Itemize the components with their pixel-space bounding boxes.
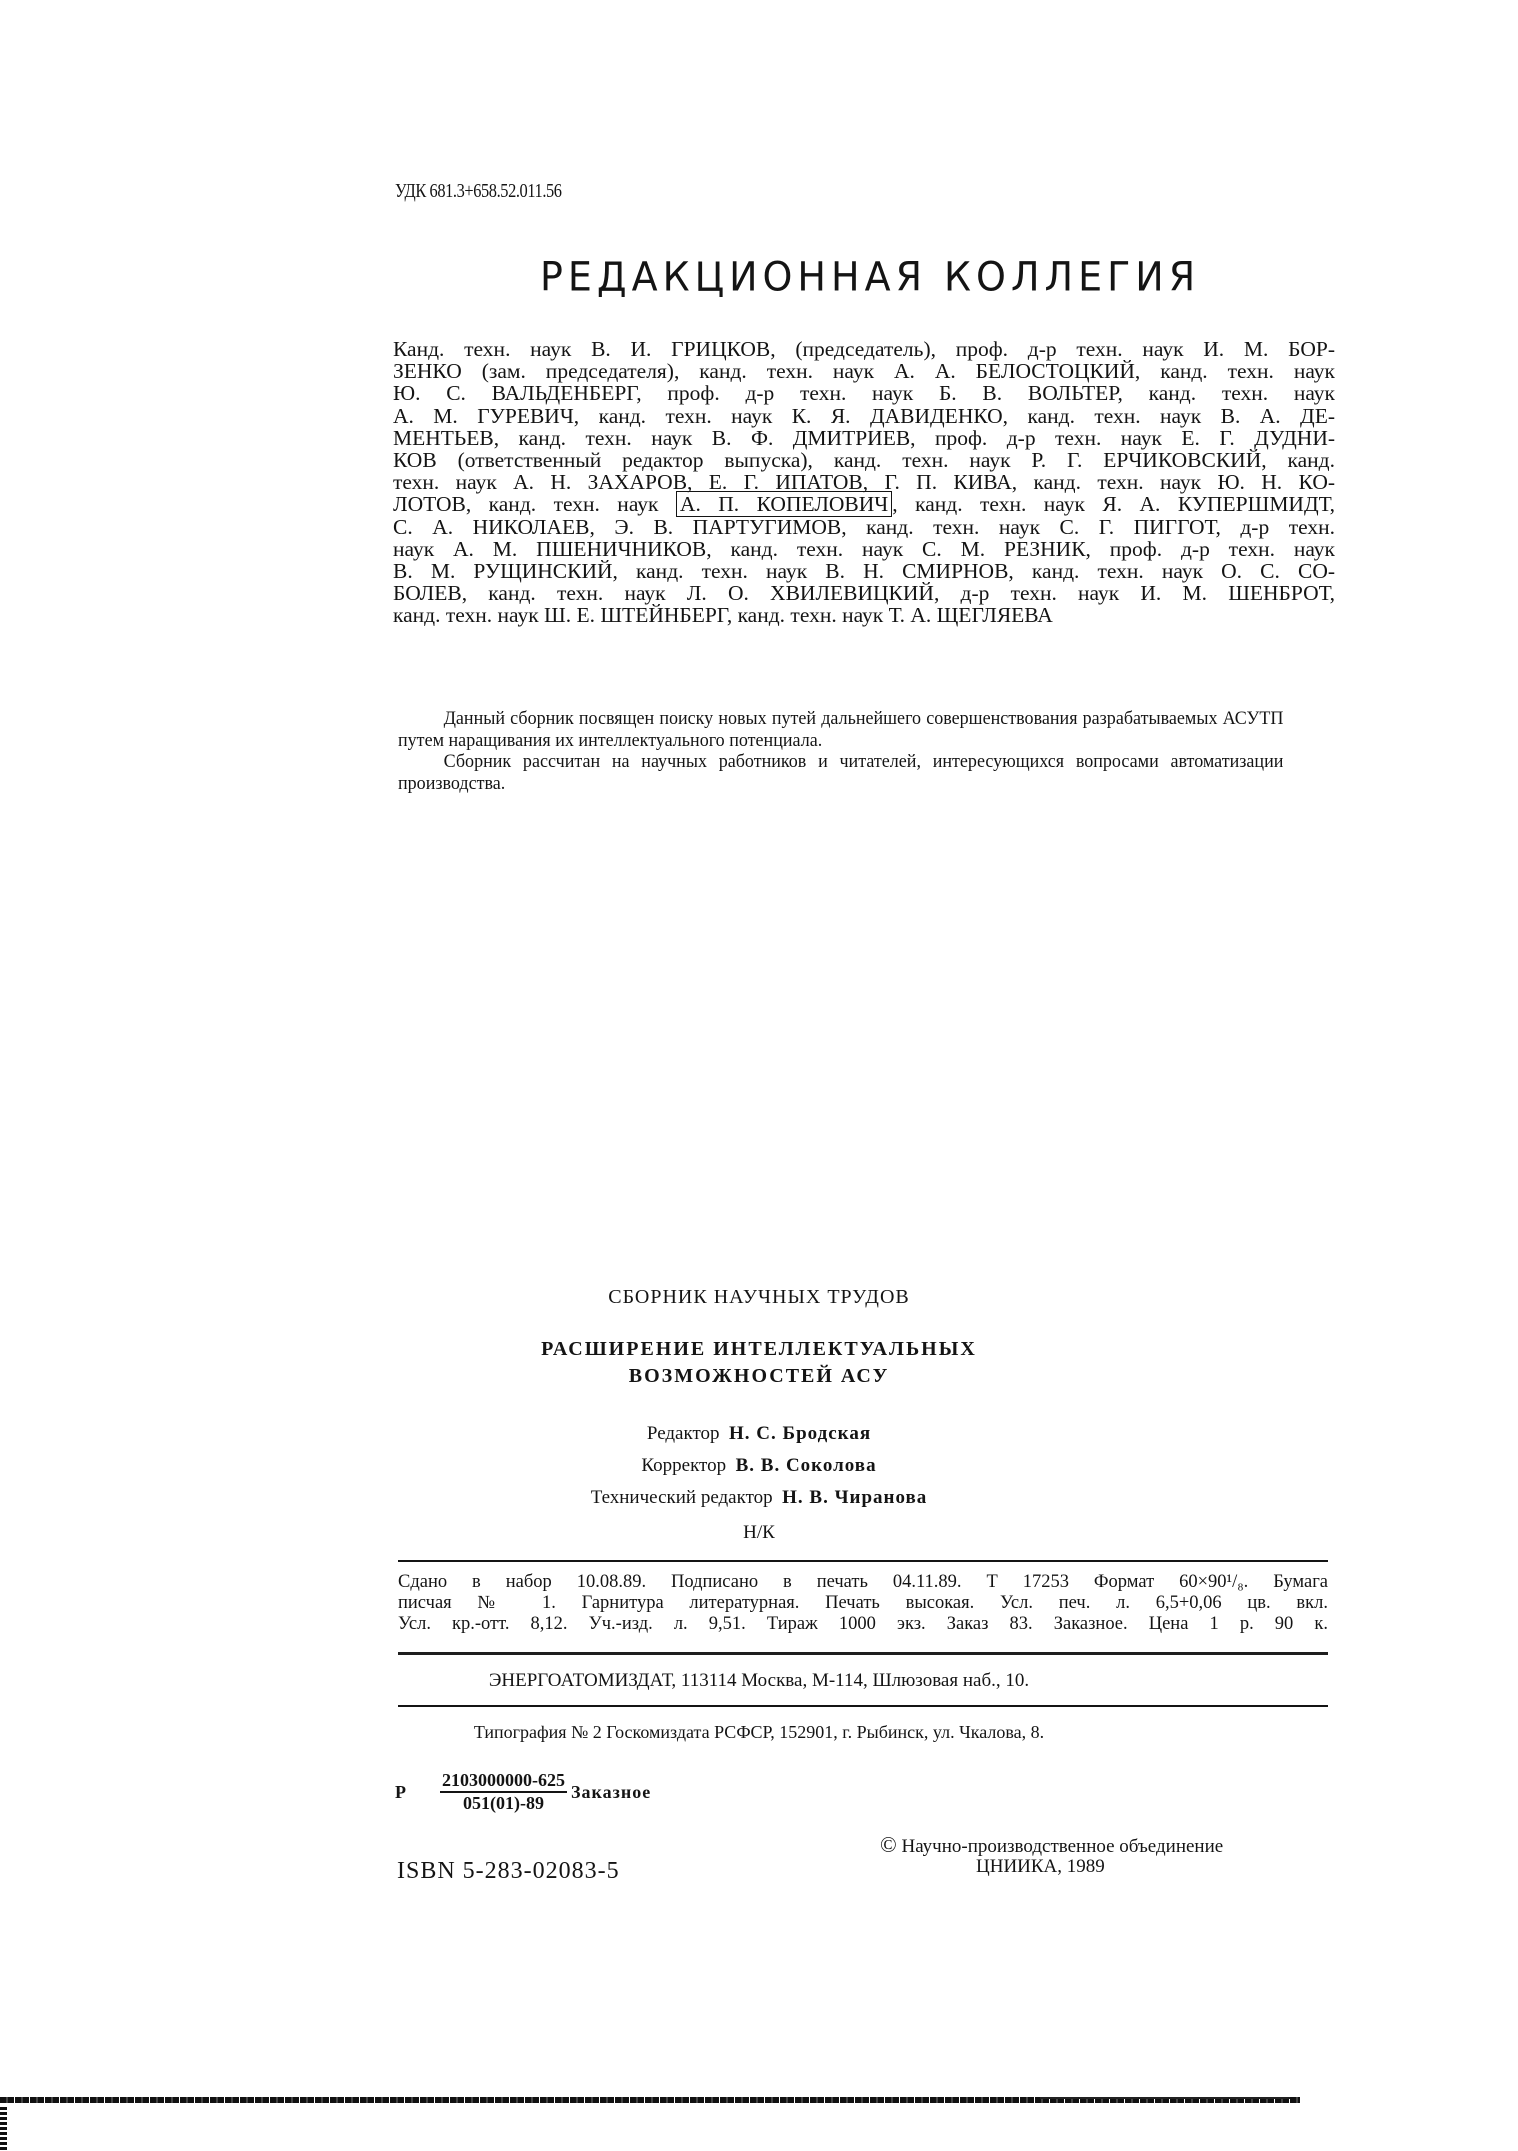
credits: Редактор Н. С. Бродская Корректор В. В. … (0, 1418, 1518, 1514)
hk-mark: Н/К (0, 1522, 1518, 1544)
boxed-name: А. П. КОПЕЛОВИЧ (676, 491, 892, 517)
board-line-boxed: ЛОТОВ, канд. техн. наук А. П. КОПЕЛОВИЧ,… (393, 493, 1335, 515)
abstract-paragraph: Сборник рассчитан на научных работников … (398, 751, 1283, 794)
book-title: РАСШИРЕНИЕ ИНТЕЛЛЕКТУАЛЬНЫХ ВОЗМОЖНОСТЕЙ… (0, 1336, 1518, 1390)
abstract: Данный сборник посвящен поиску новых пут… (398, 708, 1283, 794)
udk-code: УДК 681.3+658.52.011.56 (395, 180, 562, 203)
divider (398, 1705, 1328, 1707)
code-suffix: Заказное (571, 1782, 651, 1803)
copyright-org-year: ЦНИИКА, 1989 (880, 1857, 1223, 1877)
page-heading: РЕДАКЦИОННАЯ КОЛЛЕГИЯ (540, 254, 1200, 300)
abstract-paragraph: Данный сборник посвящен поиску новых пут… (398, 708, 1283, 751)
code-prefix: Р (395, 1782, 406, 1803)
printing-house: Типография № 2 Госкомиздата РСФСР, 15290… (0, 1722, 1518, 1743)
board-line: БОЛЕВ, канд. техн. наук Л. О. ХВИЛЕВИЦКИ… (393, 582, 1335, 604)
divider (398, 1560, 1328, 1562)
board-line: С. А. НИКОЛАЕВ, Э. В. ПАРТУГИМОВ, канд. … (393, 516, 1335, 538)
code-fraction: 2103000000-625 051(01)-89 (440, 1770, 567, 1814)
credit-editor: Редактор Н. С. Бродская (0, 1418, 1518, 1450)
board-line: В. М. РУЩИНСКИЙ, канд. техн. наук В. Н. … (393, 560, 1335, 582)
code-denominator: 051(01)-89 (463, 1793, 544, 1814)
credit-tech-editor: Технический редактор Н. В. Чиранова (0, 1482, 1518, 1514)
imprint-line: Сдано в набор 10.08.89. Подписано в печа… (398, 1572, 1328, 1593)
board-line: техн. наук А. Н. ЗАХАРОВ, Е. Г. ИПАТОВ, … (393, 471, 1335, 493)
editorial-board-list: Канд. техн. наук В. И. ГРИЦКОВ, (председ… (393, 338, 1335, 627)
scan-artifact (0, 2107, 7, 2151)
board-line: КОВ (ответственный редактор выпуска), ка… (393, 449, 1335, 471)
board-line: наук А. М. ПШЕНИЧНИКОВ, канд. техн. наук… (393, 538, 1335, 560)
board-text: , канд. техн. наук Я. А. КУПЕРШМИДТ, (892, 492, 1335, 516)
board-line: А. М. ГУРЕВИЧ, канд. техн. наук К. Я. ДА… (393, 405, 1335, 427)
board-line: Канд. техн. наук В. И. ГРИЦКОВ, (председ… (393, 338, 1335, 360)
credit-name: Н. В. Чиранова (782, 1487, 927, 1508)
copyright-org: Научно-производственное объединение (901, 1836, 1223, 1857)
credit-proofreader: Корректор В. В. Соколова (0, 1450, 1518, 1482)
board-line: ЗЕНКО (зам. председателя), канд. техн. н… (393, 360, 1335, 382)
board-line: канд. техн. наук Ш. Е. ШТЕЙНБЕРГ, канд. … (393, 604, 1335, 626)
copyright-icon: © (880, 1832, 897, 1857)
isbn: ISBN 5-283-02083-5 (397, 1858, 620, 1885)
credit-role: Корректор (641, 1455, 726, 1476)
credit-role: Редактор (647, 1423, 720, 1444)
title-line: РАСШИРЕНИЕ ИНТЕЛЛЕКТУАЛЬНЫХ (0, 1336, 1518, 1363)
publisher: ЭНЕРГОАТОМИЗДАТ, 113114 Москва, М-114, Ш… (0, 1670, 1518, 1692)
credit-name: В. В. Соколова (736, 1455, 877, 1476)
imprint-block: Сдано в набор 10.08.89. Подписано в печа… (398, 1572, 1328, 1635)
scan-artifact (1040, 2097, 1290, 2099)
divider (398, 1652, 1328, 1655)
imprint-line: писчая № 1. Гарнитура литературная. Печа… (398, 1593, 1328, 1614)
title-line: ВОЗМОЖНОСТЕЙ АСУ (0, 1363, 1518, 1390)
board-text: ЛОТОВ, канд. техн. наук (393, 492, 658, 516)
code-numerator: 2103000000-625 (440, 1770, 567, 1793)
series-label: СБОРНИК НАУЧНЫХ ТРУДОВ (0, 1286, 1518, 1309)
board-line: Ю. С. ВАЛЬДЕНБЕРГ, проф. д-р техн. наук … (393, 382, 1335, 404)
copyright: © Научно-производственное объединение ЦН… (880, 1835, 1223, 1877)
board-line: МЕНТЬЕВ, канд. техн. наук В. Ф. ДМИТРИЕВ… (393, 427, 1335, 449)
credit-role: Технический редактор (591, 1487, 773, 1508)
catalog-code: Р 2103000000-625 051(01)-89 Заказное (395, 1770, 651, 1814)
credit-name: Н. С. Бродская (729, 1423, 871, 1444)
imprint-line: Усл. кр.-отт. 8,12. Уч.-изд. л. 9,51. Ти… (398, 1614, 1328, 1635)
